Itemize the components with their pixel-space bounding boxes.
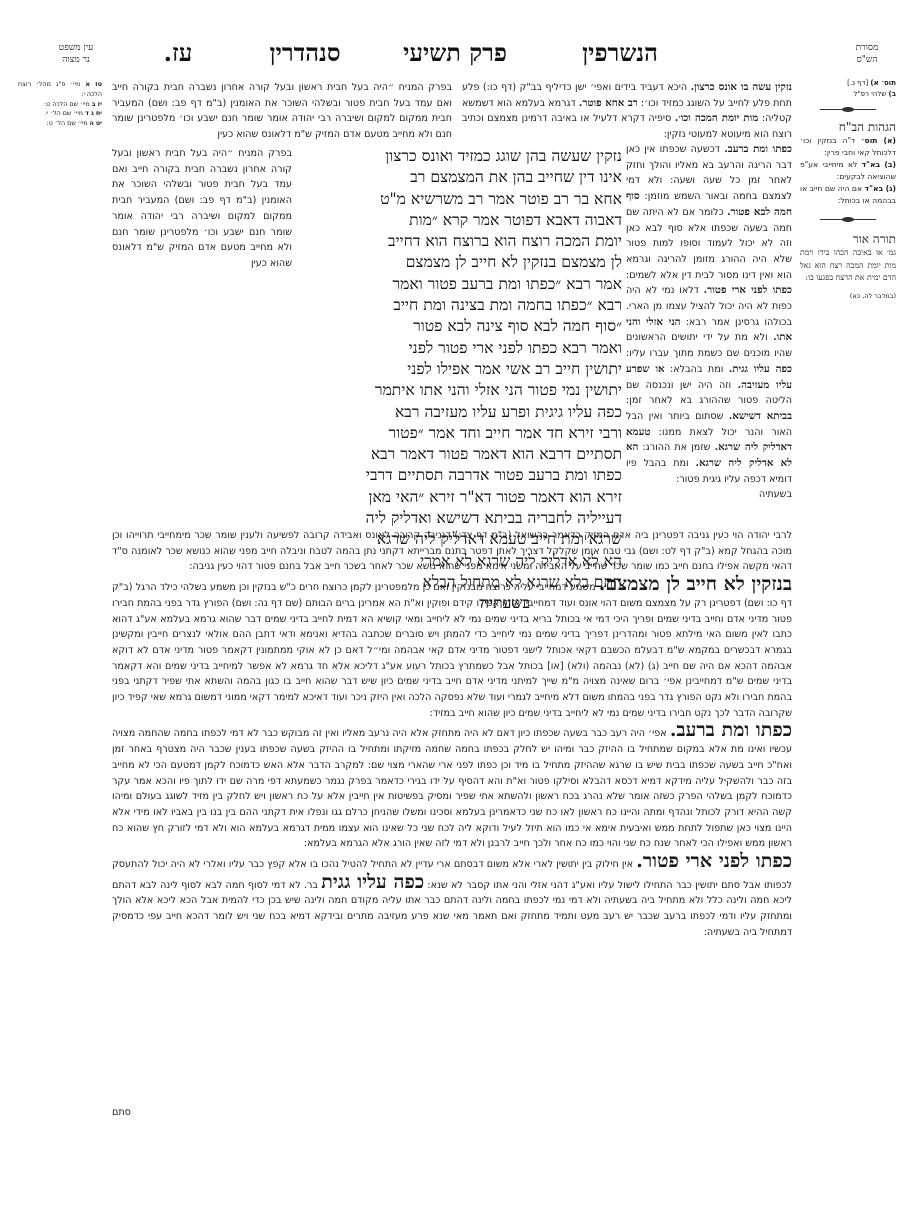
gemara-line: ואמר רבא כפתו לפני ארי פטור לפני (300, 338, 622, 359)
tosafot-paragraph: כפתו ומת ברעב. אפי׳ היה רעב כבר בשעה שכפ… (112, 721, 792, 852)
rashi-dibbur-hamatchil: כפה עליו גגית. (729, 363, 792, 375)
ornament-divider (800, 105, 896, 113)
bach-note-text: ד"ה בנזקין וכו׳ דלכותל קאי וחבי פרין: (800, 136, 896, 157)
ein-mishpat-text: מיי׳ שם הלכה ט: (44, 101, 90, 108)
ein-mishpat-number: יט (96, 120, 102, 127)
gemara-line: כפה עליו גיגית ופרע עליו מעזיבה רבא (300, 402, 622, 423)
bach-note: (ב) בא"ד לא מיחייבי אע"פ שהוציאה לבקעים: (800, 159, 896, 183)
gemara-line: זירא הוא דאמר פטור דא"ר זירא ״האי מאן (300, 487, 622, 508)
rashi-comment: ומת בהבלא: (670, 364, 723, 375)
rashi-dibbur-hamatchil: רב אחא פוטר. (579, 97, 638, 109)
ornament-divider (800, 215, 896, 223)
gemara-line: נזקין שעשה בהן שוגג כמזיד ואונס כרצון (300, 146, 622, 167)
ein-mishpat-number: יז (98, 101, 102, 108)
gemara-line: דעייליה לחבריה בביתא דשישא ואדליק ליה (300, 508, 622, 529)
rashi-column: כפתו ומת ברעב. דכשעה שכפתו אין כאן דבר ה… (626, 142, 792, 503)
gemara-line: רבא ״כפתו בחמה ומת בצינה ומת חייב (300, 295, 622, 316)
torah-or-source: (במדבר לה, כא) (800, 291, 896, 302)
tosafot-dibbur-hamatchil: כפה עליו גגית (321, 871, 424, 893)
bach-note-marker: (א) (884, 136, 896, 145)
gemara-line: יומת המכה רוצח הוא ברוצח הוא דחייב (300, 231, 622, 252)
gemara-line: לן מצמצם בנזקין לא חייב לן מצמצם (300, 252, 622, 273)
gemara-line: דאבוה דאבא דפוטר אמר קרא ״מות (300, 210, 622, 231)
gemara-line: ורבי זירא חד אמר חייב וחד אמר ״פטור (300, 423, 622, 444)
masoret-label-line1: מסורת (842, 42, 892, 54)
tosafot-top: בפרק המניח ״היה בעל חבית ראשון ובעל קורה… (112, 80, 452, 146)
ein-mishpat-entry: יט ה מיי׳ שם הל׳ ט: (18, 119, 102, 129)
ein-mishpat-number: יח (96, 110, 102, 117)
bach-note-ref: בא"ד (862, 160, 881, 169)
ein-mishpat-text: מיי׳ שם הל׳ י: (45, 110, 83, 117)
masoret-entry: תוס׳ א) [דף נ.] (800, 78, 896, 89)
rashi-intro: נזקין עשה בו אונס כרצון. היכא דעביד בידי… (462, 80, 792, 143)
rashi-dibbur-hamatchil: בביתא דשישא. (729, 410, 792, 422)
torah-or-title: תורה אור (800, 231, 896, 247)
tosafot-comment: בפרק המניח ״היה בעל חבית ראשון ובעל קורה… (112, 148, 292, 269)
tosafot-dibbur-hamatchil: כפתו ומת ברעב. (670, 719, 792, 741)
ein-mishpat-letter: ה (90, 120, 94, 127)
ein-mishpat-entry: יח ג ד מיי׳ שם הל׳ י: (18, 109, 102, 119)
tosafot-dibbur-hamatchil: כפתו לפני ארי פטור. (636, 850, 792, 872)
hagahot-habach: הגהות הב"ח (א) תוס׳ ד"ה בנזקין וכו׳ דלכו… (800, 119, 896, 207)
rashi-comment: ולא מת על ידי יתושים הראשונים שהיו מוכני… (626, 332, 792, 359)
gemara-line: יתושין נמי פטור הני אזלי והני אתו איתמר (300, 380, 622, 401)
catchword: סתם (112, 1105, 152, 1121)
bach-note-ref: בא"ד (865, 184, 884, 193)
tractate-name: סנהדרין (245, 38, 365, 68)
rashi-dibbur-hamatchil: נזקין עשה בו אונס כרצון. (691, 81, 792, 93)
tosafot-wide: לרבי יהודה הוי כעין גניבה דפטרינן ביה אד… (112, 528, 792, 1103)
tosafot-paragraph: בנזקין לא חייב לן מצמצם. משמע דמחייבי על… (112, 575, 792, 721)
masoret-hashas-label: מסורת הש"ס (842, 42, 892, 66)
gemara-line: אחא בר רב פוטר אמר רב משרשיא מ"ט (300, 189, 622, 210)
tosafot-comment: משמע דמחייבי עליה כרוצח מבנזקין ואם כן מ… (112, 582, 792, 719)
tosafot-comment: בפרק המניח ״היה בעל חבית ראשון ובעל קורה… (112, 82, 452, 140)
perek-number: פרק תשיעי (400, 38, 510, 68)
ein-mishpat-text: מיי׳ פ"ג מהל׳ רוצח הלכה י: (18, 81, 102, 98)
bach-note-marker: (ג) (886, 184, 896, 193)
gemara-line: אינו דין שחייב בהן את המצמצם רב (300, 167, 622, 188)
masoret-label-line2: הש"ס (842, 54, 892, 66)
masoret-entry-marker: ב) (889, 90, 896, 98)
rashi-dibbur-hamatchil: מות יומת המכה וכו׳. (675, 112, 758, 124)
rashi-dibbur-hamatchil: כפתו לפני ארי פטור. (704, 284, 792, 296)
masoret-entry-marker: א) (870, 79, 878, 87)
right-margin: תוס׳ א) [דף נ.] ב) שלהי רפ"ל הגהות הב"ח … (800, 78, 896, 301)
rashi-dibbur-hamatchil: כפתו ומת ברעב. (724, 143, 792, 155)
folio-number: עז. (148, 38, 208, 68)
ein-mishpat-label: עין משפט נר מצוה (46, 42, 106, 66)
tosafot-dibbur-hamatchil: בנזקין לא חייב לן מצמצם. (599, 573, 792, 595)
masoret-entry-label: תוס׳ (881, 79, 896, 87)
torah-or-text: גמ׳ או באיבה הכהו בידו וימת מות יומת המכ… (800, 247, 896, 285)
ein-mishpat-entry: יז ב מיי׳ שם הלכה ט: (18, 100, 102, 110)
tosafot-column: בפרק המניח ״היה בעל חבית ראשון ובעל קורה… (112, 146, 292, 528)
tosafot-comment: למקרב הדבר אלא האש כדמוכח לקמן דמטעם הכי… (112, 760, 792, 850)
tosafot-paragraph: כפתו לפני ארי פטור. אין חילוק בין יתושין… (112, 852, 792, 941)
bach-note: (ג) בא"ד אם היה שם חייב או בבהמה או בכות… (800, 183, 896, 207)
gemara-line: אמר רבא ״כפתו ומת ברעב פטור ואמר (300, 274, 622, 295)
ein-mishpat-label-line2: נר מצוה (46, 54, 106, 66)
ein-mishpat: טז א מיי׳ פ"ג מהל׳ רוצח הלכה י: יז ב מיי… (18, 80, 102, 129)
gemara-line: כפתו ומת ברעב פטור אדרבה תסתיים דרבי (300, 465, 622, 486)
masoret-entry-text: [דף נ.] (847, 79, 868, 87)
ein-mishpat-letter: ב (92, 101, 96, 108)
hagahot-habach-title: הגהות הב"ח (800, 119, 896, 135)
rashi-catchword: בשעתיה (626, 487, 792, 503)
ein-mishpat-letter: ג ד (85, 110, 94, 117)
gemara-line: יתושין חייב רב אשי אמר אפילו לפני (300, 359, 622, 380)
bach-note: (א) תוס׳ ד"ה בנזקין וכו׳ דלכותל קאי וחבי… (800, 135, 896, 159)
masoret-entry: ב) שלהי רפ"ל (800, 89, 896, 100)
gemara-line: ״סוף חמה לבא סוף צינה לבא פטור (300, 316, 622, 337)
masoret-entry-text: שלהי רפ"ל (853, 90, 886, 98)
tosafot-comment: לרבי יהודה הוי כעין גניבה דפטרינן ביה אד… (112, 530, 792, 572)
ein-mishpat-letter: א (85, 81, 90, 88)
chapter-name: הנשרפין (565, 38, 675, 68)
rashi-comment: שזמן את ההורג: (643, 442, 711, 453)
gemara-line: תסתיים דרבא הוא דאמר פטור דאמר רבא (300, 444, 622, 465)
torah-or: תורה אור גמ׳ או באיבה הכהו בידו וימת מות… (800, 231, 896, 301)
bach-note-text: לא מיחייבי אע"פ שהוציאה לבקעים: (800, 160, 896, 181)
ein-mishpat-entry: טז א מיי׳ פ"ג מהל׳ רוצח הלכה י: (18, 80, 102, 100)
ein-mishpat-label-line1: עין משפט (46, 42, 106, 54)
tosafot-paragraph: לרבי יהודה הוי כעין גניבה דפטרינן ביה אד… (112, 528, 792, 575)
bach-note-marker: (ב) (884, 160, 896, 169)
ein-mishpat-number: טז (95, 81, 102, 88)
masoret-hashas: תוס׳ א) [דף נ.] ב) שלהי רפ"ל (800, 78, 896, 99)
ein-mishpat-text: מיי׳ שם הל׳ ט: (47, 120, 88, 127)
bach-note-ref: תוס׳ (861, 136, 877, 145)
